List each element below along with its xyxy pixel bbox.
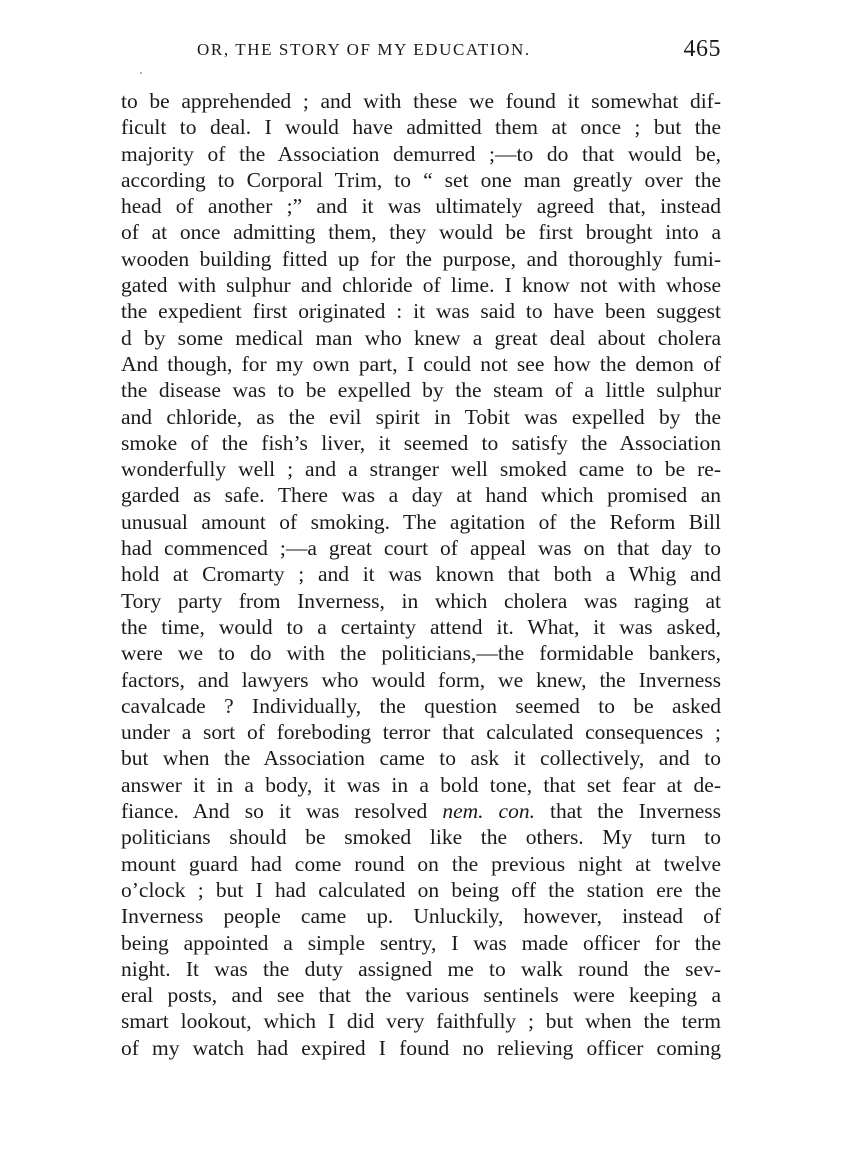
text-line: of my watch had expired I found no relie…	[121, 1035, 721, 1061]
text-line: wooden building fitted up for the purpos…	[121, 246, 721, 272]
text-line: Tory party from Inverness, in which chol…	[121, 588, 721, 614]
book-page: OR, THE STORY OF MY EDUCATION. 465 to be…	[0, 0, 850, 1150]
text-line: and chloride, as the evil spirit in Tobi…	[121, 404, 721, 430]
text-line: wonderfully well ; and a stranger well s…	[121, 456, 721, 482]
page-number: 465	[684, 36, 722, 63]
text-line: ficult to deal. I would have admitted th…	[121, 114, 721, 140]
text-line: d by some medical man who knew a great d…	[121, 325, 721, 351]
text-line: And though, for my own part, I could not…	[121, 351, 721, 377]
text-line: the expedient first originated : it was …	[121, 298, 721, 324]
text-line: o’clock ; but I had calculated on being …	[121, 877, 721, 903]
text-line: the disease was to be expelled by the st…	[121, 377, 721, 403]
text-line: hold at Cromarty ; and it was known that…	[121, 561, 721, 587]
text-line: to be apprehended ; and with these we fo…	[121, 88, 721, 114]
text-line: were we to do with the politicians,—the …	[121, 640, 721, 666]
running-title: OR, THE STORY OF MY EDUCATION.	[197, 40, 531, 60]
text-line: being appointed a simple sentry, I was m…	[121, 930, 721, 956]
text-line: night. It was the duty assigned me to wa…	[121, 956, 721, 982]
text-line: politicians should be smoked like the ot…	[121, 824, 721, 850]
text-line-with-italic: fiance. And so it was resolved nem. con.…	[121, 798, 721, 824]
running-head: OR, THE STORY OF MY EDUCATION. 465	[121, 36, 721, 70]
text-line: had commenced ;—a great court of appeal …	[121, 535, 721, 561]
text-segment: fiance. And so it was resolved	[121, 799, 427, 823]
text-line: Inverness people came up. Unluckily, how…	[121, 903, 721, 929]
text-line: answer it in a body, it was in a bold to…	[121, 772, 721, 798]
text-line: the time, would to a certainty attend it…	[121, 614, 721, 640]
text-segment: that the Inverness	[550, 799, 721, 823]
text-line: mount guard had come round on the previo…	[121, 851, 721, 877]
print-speck	[140, 72, 142, 74]
text-line: smoke of the fish’s liver, it seemed to …	[121, 430, 721, 456]
body-text: to be apprehended ; and with these we fo…	[121, 88, 721, 1061]
text-line: garded as safe. There was a day at hand …	[121, 482, 721, 508]
text-line: gated with sulphur and chloride of lime.…	[121, 272, 721, 298]
text-line: according to Corporal Trim, to “ set one…	[121, 167, 721, 193]
text-line: cavalcade ? Individually, the question s…	[121, 693, 721, 719]
text-line: under a sort of foreboding terror that c…	[121, 719, 721, 745]
text-line: factors, and lawyers who would form, we …	[121, 667, 721, 693]
text-line: of at once admitting them, they would be…	[121, 219, 721, 245]
text-line: unusual amount of smoking. The agitation…	[121, 509, 721, 535]
italic-phrase: nem. con.	[442, 799, 535, 823]
text-line: smart lookout, which I did very faithful…	[121, 1008, 721, 1034]
text-line: eral posts, and see that the various sen…	[121, 982, 721, 1008]
text-line: but when the Association came to ask it …	[121, 745, 721, 771]
text-line: head of another ;” and it was ultimately…	[121, 193, 721, 219]
text-line: majority of the Association demurred ;—t…	[121, 141, 721, 167]
